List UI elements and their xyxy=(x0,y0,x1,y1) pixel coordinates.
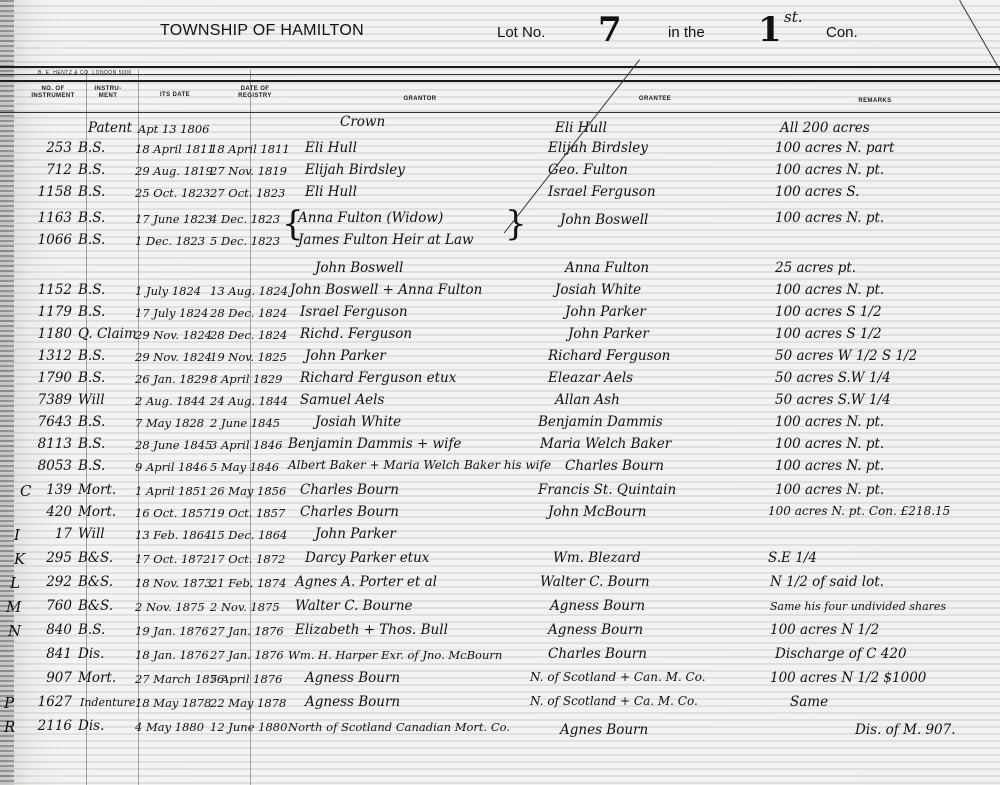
entry-number: 253 xyxy=(22,140,72,156)
entry-registry-date: 8 April 1829 xyxy=(210,372,290,386)
entry-date: 26 Jan. 1829 xyxy=(135,372,215,386)
entry-grantee: Agnes Bourn xyxy=(560,722,790,738)
column-header-grantee: Grantee xyxy=(625,96,685,103)
registry-entry: L 292 B&S. 18 Nov. 1873 21 Feb. 1874 Agn… xyxy=(0,574,1000,596)
entry-grantee: John Parker xyxy=(568,326,798,342)
entry-remarks: Dis. of M. 907. xyxy=(855,722,1000,738)
entry-remarks: N 1/2 of said lot. xyxy=(770,574,995,590)
entry-instrument: Q. Claim xyxy=(78,326,128,342)
entry-date: 27 March 1876 xyxy=(135,672,215,686)
entry-number: 8053 xyxy=(22,458,72,474)
entry-grantee: Allan Ash xyxy=(555,392,785,408)
entry-registry-date: 22 May 1878 xyxy=(210,696,290,710)
entry-grantor: James Fulton Heir at Law xyxy=(298,232,538,248)
header-rule xyxy=(0,74,1000,75)
entry-registry-date: 17 Oct. 1872 xyxy=(210,552,290,566)
registry-entry: 1312 B.S. 29 Nov. 1824 19 Nov. 1825 John… xyxy=(0,348,1000,370)
entry-remarks: Discharge of C 420 xyxy=(775,646,1000,662)
concession-label: Con. xyxy=(826,24,858,41)
entry-number: 1790 xyxy=(22,370,72,386)
entry-instrument: B.S. xyxy=(78,282,128,298)
entry-number: 139 xyxy=(22,482,72,498)
entry-date: Apt 13 1806 xyxy=(138,122,218,136)
entry-registry-date: 5 May 1846 xyxy=(210,460,290,474)
entry-registry-date: 19 Oct. 1857 xyxy=(210,506,290,520)
entry-number: 1163 xyxy=(22,210,72,226)
entry-date: 18 April 1811 xyxy=(135,142,215,156)
entry-number: 1066 xyxy=(22,232,72,248)
entry-remarks: 100 acres S. xyxy=(775,184,1000,200)
entry-grantee: Walter C. Bourn xyxy=(540,574,770,590)
entry-date: 25 Oct. 1823 xyxy=(135,186,215,200)
entry-instrument: Will xyxy=(78,526,128,542)
entry-instrument: B.S. xyxy=(78,458,128,474)
entry-grantor: Eli Hull xyxy=(305,140,545,156)
entry-registry-date: 5 Dec. 1823 xyxy=(210,234,290,248)
entry-date: 19 Jan. 1876 xyxy=(135,624,215,638)
entry-registry-date: 13 Aug. 1824 xyxy=(210,284,290,298)
page-header: TOWNSHIP OF HAMILTON Lot No. 7 in the 1 … xyxy=(0,14,1000,54)
concession-suffix: st. xyxy=(784,8,803,26)
entry-instrument: B.S. xyxy=(78,370,128,386)
entry-registry-date: 12 June 1880 xyxy=(210,720,290,734)
registry-entry: Patent Apt 13 1806 Crown Eli Hull All 20… xyxy=(0,120,1000,142)
entry-grantee: Israel Ferguson xyxy=(548,184,778,200)
registry-entry: 1180 Q. Claim 29 Nov. 1824 28 Dec. 1824 … xyxy=(0,326,1000,348)
entry-grantor: Albert Baker + Maria Welch Baker his wif… xyxy=(288,458,528,472)
column-header-grantor: Grantor xyxy=(390,96,450,103)
registry-entry: 8113 B.S. 28 June 1845 3 April 1846 Benj… xyxy=(0,436,1000,458)
entry-grantee: Maria Welch Baker xyxy=(540,436,770,452)
entry-number: 907 xyxy=(22,670,72,686)
entry-grantor: Wm. H. Harper Exr. of Jno. McBourn xyxy=(288,648,528,662)
entry-registry-date: 19 Nov. 1825 xyxy=(210,350,290,364)
column-header-registry: Date of Registry xyxy=(232,86,278,100)
entry-registry-date: 18 April 1811 xyxy=(210,142,290,156)
entry-remarks: All 200 acres xyxy=(780,120,1000,136)
entry-grantee: Wm. Blezard xyxy=(553,550,783,566)
entry-instrument: Dis. xyxy=(78,646,128,662)
concession-number: 1 xyxy=(758,10,782,50)
entry-grantee: Elijah Birdsley xyxy=(548,140,778,156)
entry-grantee: Francis St. Quintain xyxy=(538,482,768,498)
entry-number: 1180 xyxy=(22,326,72,342)
entry-grantee: Charles Bourn xyxy=(548,646,778,662)
entry-remarks: 100 acres S 1/2 xyxy=(775,326,1000,342)
entry-instrument: Mort. xyxy=(78,670,128,686)
entry-grantor: John Boswell xyxy=(315,260,555,276)
entry-registry-date: 28 Dec. 1824 xyxy=(210,328,290,342)
entry-remarks: 100 acres N. pt. xyxy=(775,482,1000,498)
entry-registry-date: 2 June 1845 xyxy=(210,416,290,430)
registry-entry: 907 Mort. 27 March 1876 5 April 1876 Agn… xyxy=(0,670,1000,692)
entry-grantee: Eleazar Aels xyxy=(548,370,778,386)
entry-registry-date: 4 Dec. 1823 xyxy=(210,212,290,226)
entry-remarks: 100 acres N. pt. xyxy=(775,210,1000,226)
registry-entry: 8053 B.S. 9 April 1846 5 May 1846 Albert… xyxy=(0,458,1000,480)
entry-remarks: 100 acres N 1/2 $1000 xyxy=(770,670,995,686)
entry-remarks: 100 acres N. pt. xyxy=(775,436,1000,452)
entry-remarks: 50 acres W 1/2 S 1/2 xyxy=(775,348,1000,364)
grouping-brace: { xyxy=(282,204,304,244)
entry-remarks: 25 acres pt. xyxy=(775,260,1000,276)
entry-grantor: Agness Bourn xyxy=(305,694,545,710)
entry-registry-date: 27 Nov. 1819 xyxy=(210,164,290,178)
registry-entry: P 1627 Indenture 18 May 1878 22 May 1878… xyxy=(0,694,1000,716)
entry-letter-mark: P xyxy=(4,694,24,712)
entry-registry-date: 24 Aug. 1844 xyxy=(210,394,290,408)
entry-grantee: Agness Bourn xyxy=(548,622,778,638)
entry-grantee: Richard Ferguson xyxy=(548,348,778,364)
entry-date: 29 Aug. 1819 xyxy=(135,164,215,178)
entry-instrument: B.S. xyxy=(78,436,128,452)
entry-remarks: 100 acres N 1/2 xyxy=(770,622,995,638)
entry-number: 292 xyxy=(22,574,72,590)
entry-remarks: 100 acres N. pt. Con. £218.15 xyxy=(768,504,993,518)
entry-remarks: 50 acres S.W 1/4 xyxy=(775,392,1000,408)
entry-date: 1 Dec. 1823 xyxy=(135,234,215,248)
registry-entry: C 139 Mort. 1 April 1851 26 May 1856 Cha… xyxy=(0,482,1000,504)
entry-instrument: Mort. xyxy=(78,482,128,498)
entry-instrument: B&S. xyxy=(78,598,128,614)
registry-entry: 1179 B.S. 17 July 1824 28 Dec. 1824 Isra… xyxy=(0,304,1000,326)
registry-entry: N 840 B.S. 19 Jan. 1876 27 Jan. 1876 Eli… xyxy=(0,622,1000,644)
registry-entry: 1158 B.S. 25 Oct. 1823 27 Oct. 1823 Eli … xyxy=(0,184,1000,206)
entry-grantee: John McBourn xyxy=(548,504,778,520)
entry-grantor: Richd. Ferguson xyxy=(300,326,540,342)
registry-entry: 253 B.S. 18 April 1811 18 April 1811 Eli… xyxy=(0,140,1000,162)
entry-grantor: Darcy Parker etux xyxy=(305,550,545,566)
entry-instrument: B.S. xyxy=(78,622,128,638)
entry-number: 7643 xyxy=(22,414,72,430)
registry-entry: I 17 Will 13 Feb. 1864 15 Dec. 1864 John… xyxy=(0,526,1000,548)
column-header-remarks: Remarks xyxy=(845,98,905,105)
entry-number: 1627 xyxy=(22,694,72,710)
entry-instrument: Indenture xyxy=(80,696,130,709)
entry-date: 13 Feb. 1864 xyxy=(135,528,215,542)
entry-grantor: Richard Ferguson etux xyxy=(300,370,540,386)
entry-remarks: S.E 1/4 xyxy=(768,550,993,566)
in-the-label: in the xyxy=(668,24,705,41)
entry-number: 2116 xyxy=(22,718,72,734)
entry-number: 712 xyxy=(22,162,72,178)
entry-number: 841 xyxy=(22,646,72,662)
entry-date: 2 Aug. 1844 xyxy=(135,394,215,408)
header-rule xyxy=(0,80,1000,82)
entry-grantee: Charles Bourn xyxy=(565,458,795,474)
registry-entry: K 295 B&S. 17 Oct. 1872 17 Oct. 1872 Dar… xyxy=(0,550,1000,572)
entry-grantor: Elijah Birdsley xyxy=(305,162,545,178)
entry-grantor: John Boswell + Anna Fulton xyxy=(290,282,530,298)
registry-entry: R 2116 Dis. 4 May 1880 12 June 1880 Nort… xyxy=(0,718,1000,740)
entry-grantor: Agness Bourn xyxy=(305,670,545,686)
entry-instrument: B.S. xyxy=(78,162,128,178)
registry-entry: 420 Mort. 16 Oct. 1857 19 Oct. 1857 Char… xyxy=(0,504,1000,526)
registry-entry: 1790 B.S. 26 Jan. 1829 8 April 1829 Rich… xyxy=(0,370,1000,392)
entry-registry-date: 21 Feb. 1874 xyxy=(210,576,290,590)
entry-registry-date: 27 Jan. 1876 xyxy=(210,648,290,662)
registry-entry: 1152 B.S. 1 July 1824 13 Aug. 1824 John … xyxy=(0,282,1000,304)
entry-registry-date: 3 April 1846 xyxy=(210,438,290,452)
entry-grantee: N. of Scotland + Ca. M. Co. xyxy=(530,694,760,708)
entry-grantor: Agnes A. Porter et al xyxy=(295,574,535,590)
entry-date: 2 Nov. 1875 xyxy=(135,600,215,614)
registry-entry: M 760 B&S. 2 Nov. 1875 2 Nov. 1875 Walte… xyxy=(0,598,1000,620)
entry-registry-date: 5 April 1876 xyxy=(210,672,290,686)
entry-number: 1158 xyxy=(22,184,72,200)
entry-remarks: 100 acres N. pt. xyxy=(775,414,1000,430)
entry-grantor: Israel Ferguson xyxy=(300,304,540,320)
entry-grantee: Josiah White xyxy=(555,282,785,298)
entry-number: 7389 xyxy=(22,392,72,408)
entry-remarks: 100 acres N. pt. xyxy=(775,458,1000,474)
entry-registry-date: 27 Oct. 1823 xyxy=(210,186,290,200)
entry-date: 17 June 1823 xyxy=(135,212,215,226)
entry-remarks: 100 acres N. part xyxy=(775,140,1000,156)
registry-entry: 712 B.S. 29 Aug. 1819 27 Nov. 1819 Elija… xyxy=(0,162,1000,184)
entry-grantee: John Parker xyxy=(565,304,795,320)
entry-number: 1179 xyxy=(22,304,72,320)
entry-grantee: Agness Bourn xyxy=(550,598,780,614)
entry-date: 1 July 1824 xyxy=(135,284,215,298)
entry-grantor: Crown xyxy=(340,114,580,130)
entry-number: 1152 xyxy=(22,282,72,298)
entry-grantor: Eli Hull xyxy=(305,184,545,200)
entry-date: 18 Nov. 1873 xyxy=(135,576,215,590)
registry-entry: 1066 B.S. 1 Dec. 1823 5 Dec. 1823 James … xyxy=(0,232,1000,254)
column-header-instrument: Instru-ment xyxy=(92,86,124,100)
entry-instrument: Will xyxy=(78,392,128,408)
entry-instrument: B.S. xyxy=(78,140,128,156)
entry-grantor: John Parker xyxy=(315,526,555,542)
printer-imprint: B. E. HENTZ & CO. LONDON 5000 xyxy=(38,70,132,76)
entry-number: 295 xyxy=(22,550,72,566)
entry-grantor: John Parker xyxy=(305,348,545,364)
header-rule xyxy=(0,66,1000,68)
entry-remarks: Same xyxy=(790,694,1000,710)
entry-grantor: Charles Bourn xyxy=(300,504,540,520)
entry-instrument: Dis. xyxy=(78,718,128,734)
registry-entry: 841 Dis. 18 Jan. 1876 27 Jan. 1876 Wm. H… xyxy=(0,646,1000,668)
entry-registry-date: 28 Dec. 1824 xyxy=(210,306,290,320)
entry-remarks: 100 acres N. pt. xyxy=(775,282,1000,298)
entry-date: 16 Oct. 1857 xyxy=(135,506,215,520)
column-header-date: Its Date xyxy=(150,92,200,99)
entry-registry-date: 15 Dec. 1864 xyxy=(210,528,290,542)
entry-instrument: B&S. xyxy=(78,574,128,590)
entry-instrument: Mort. xyxy=(78,504,128,520)
registry-entry: 7389 Will 2 Aug. 1844 24 Aug. 1844 Samue… xyxy=(0,392,1000,414)
lot-label: Lot No. xyxy=(497,24,545,41)
entry-number: 8113 xyxy=(22,436,72,452)
entry-registry-date: 27 Jan. 1876 xyxy=(210,624,290,638)
entry-remarks: 50 acres S.W 1/4 xyxy=(775,370,1000,386)
entry-number: 760 xyxy=(22,598,72,614)
registry-entry: 1163 B.S. 17 June 1823 4 Dec. 1823 Anna … xyxy=(0,210,1000,232)
entry-date: 29 Nov. 1824 xyxy=(135,328,215,342)
registry-entry: John Boswell Anna Fulton 25 acres pt. xyxy=(0,260,1000,282)
registry-entry: 7643 B.S. 7 May 1828 2 June 1845 Josiah … xyxy=(0,414,1000,436)
registry-page: TOWNSHIP OF HAMILTON Lot No. 7 in the 1 … xyxy=(0,0,1000,785)
entry-grantee: Anna Fulton xyxy=(565,260,795,276)
entry-instrument: B.S. xyxy=(78,348,128,364)
entry-number: 1312 xyxy=(22,348,72,364)
entry-grantee: Geo. Fulton xyxy=(548,162,778,178)
entry-date: 1 April 1851 xyxy=(135,484,215,498)
entry-grantor: North of Scotland Canadian Mort. Co. xyxy=(288,720,528,734)
entry-grantee: N. of Scotland + Can. M. Co. xyxy=(530,670,760,684)
entry-grantor: Benjamin Dammis + wife xyxy=(288,436,528,452)
entry-date: 18 Jan. 1876 xyxy=(135,648,215,662)
column-header-no: No. of Instrument xyxy=(28,86,78,100)
entry-date: 17 July 1824 xyxy=(135,306,215,320)
entry-date: 7 May 1828 xyxy=(135,416,215,430)
entry-instrument: Patent xyxy=(88,120,138,136)
entry-instrument: B.S. xyxy=(78,304,128,320)
entry-registry-date: 26 May 1856 xyxy=(210,484,290,498)
entry-letter-mark: R xyxy=(4,718,24,736)
entry-number: 840 xyxy=(22,622,72,638)
entry-grantee: Benjamin Dammis xyxy=(538,414,768,430)
entry-instrument: B&S. xyxy=(78,550,128,566)
entry-remarks: 100 acres S 1/2 xyxy=(775,304,1000,320)
grouping-brace: } xyxy=(505,204,527,244)
entry-remarks: 100 acres N. pt. xyxy=(775,162,1000,178)
entry-instrument: B.S. xyxy=(78,184,128,200)
entry-grantor: Elizabeth + Thos. Bull xyxy=(295,622,535,638)
entry-date: 17 Oct. 1872 xyxy=(135,552,215,566)
entry-grantor: Charles Bourn xyxy=(300,482,540,498)
entry-grantor: Anna Fulton (Widow) xyxy=(298,210,538,226)
column-header-rule xyxy=(0,112,1000,113)
entry-registry-date: 2 Nov. 1875 xyxy=(210,600,290,614)
entry-number: 420 xyxy=(22,504,72,520)
entry-date: 18 May 1878 xyxy=(135,696,215,710)
entry-grantor: Samuel Aels xyxy=(300,392,540,408)
entry-instrument: B.S. xyxy=(78,414,128,430)
entry-instrument: B.S. xyxy=(78,210,128,226)
lot-number: 7 xyxy=(598,10,622,50)
entry-grantor: Walter C. Bourne xyxy=(295,598,535,614)
entry-remarks: Same his four undivided shares xyxy=(770,600,995,613)
entry-date: 4 May 1880 xyxy=(135,720,215,734)
entry-grantor: Josiah White xyxy=(315,414,555,430)
entry-number: 17 xyxy=(22,526,72,542)
entry-date: 28 June 1845 xyxy=(135,438,215,452)
entry-date: 29 Nov. 1824 xyxy=(135,350,215,364)
township-title: TOWNSHIP OF HAMILTON xyxy=(160,22,364,40)
entry-instrument: B.S. xyxy=(78,232,128,248)
entry-grantee: John Boswell xyxy=(560,212,790,228)
entry-date: 9 April 1846 xyxy=(135,460,215,474)
